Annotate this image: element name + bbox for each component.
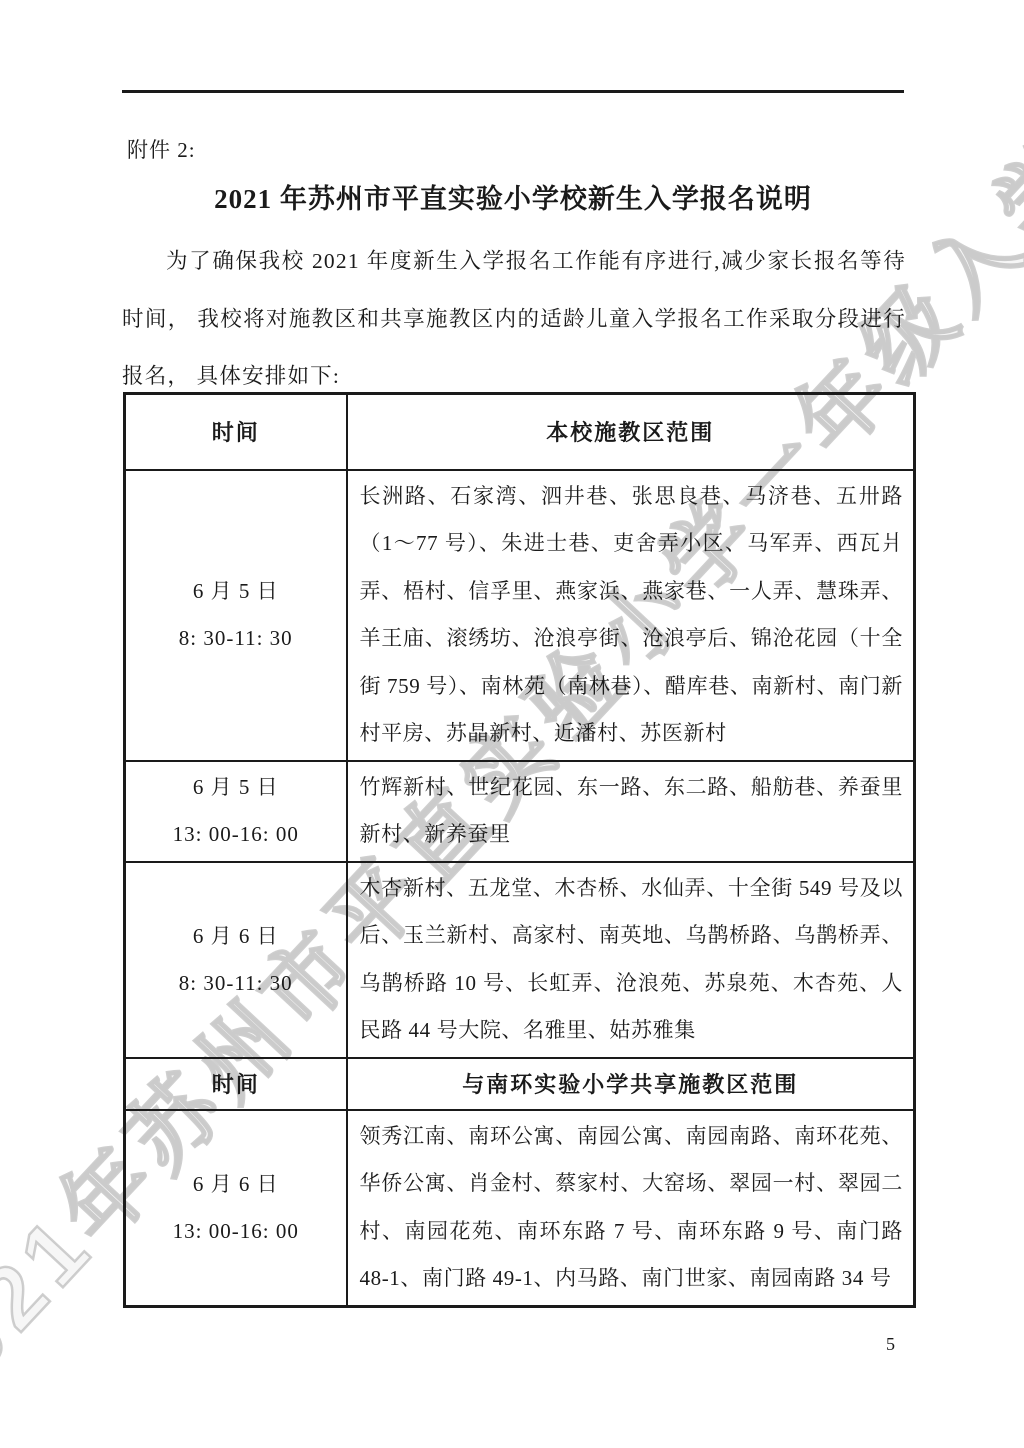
section1-header-row: 时间 本校施教区范围	[125, 394, 915, 470]
table-row: 6 月 5 日 13: 00-16: 00 竹辉新村、世纪花园、东一路、东二路、…	[125, 761, 915, 862]
slot-date: 6 月 5 日	[127, 764, 345, 811]
header-rule	[122, 90, 904, 93]
slot-hours: 8: 30-11: 30	[127, 960, 345, 1007]
page-number: 5	[886, 1334, 895, 1355]
slot-time: 6 月 6 日 13: 00-16: 00	[125, 1110, 347, 1307]
section2-header-row: 时间 与南环实验小学共享施教区范围	[125, 1058, 915, 1110]
slot-hours: 13: 00-16: 00	[127, 1208, 345, 1255]
slot-areas: 长洲路、石家湾、泗井巷、张思良巷、马济巷、五卅路（1～77 号）、朱进士巷、吏舍…	[347, 470, 915, 761]
document-title: 2021 年苏州市平直实验小学校新生入学报名说明	[122, 177, 904, 216]
section2-time-header: 时间	[125, 1058, 347, 1110]
document-page: 2021年苏州市平直实验小学一年级入学公示 附件 2: 2021 年苏州市平直实…	[0, 0, 1024, 1448]
intro-paragraph: 为了确保我校 2021 年度新生入学报名工作能有序进行,减少家长报名等待时间， …	[122, 233, 906, 406]
slot-date: 6 月 5 日	[127, 568, 345, 615]
slot-time: 6 月 5 日 8: 30-11: 30	[125, 470, 347, 761]
table-row: 6 月 5 日 8: 30-11: 30 长洲路、石家湾、泗井巷、张思良巷、马济…	[125, 470, 915, 761]
slot-date: 6 月 6 日	[127, 913, 345, 960]
slot-hours: 13: 00-16: 00	[127, 811, 345, 858]
section2-range-header: 与南环实验小学共享施教区范围	[347, 1058, 915, 1110]
slot-date: 6 月 6 日	[127, 1161, 345, 1208]
slot-areas: 木杏新村、五龙堂、木杏桥、水仙弄、十全街 549 号及以后、玉兰新村、高家村、南…	[347, 862, 915, 1058]
slot-areas: 竹辉新村、世纪花园、东一路、东二路、船舫巷、养蚕里新村、新养蚕里	[347, 761, 915, 862]
section1-range-header: 本校施教区范围	[347, 394, 915, 470]
slot-time: 6 月 5 日 13: 00-16: 00	[125, 761, 347, 862]
slot-areas: 领秀江南、南环公寓、南园公寓、南园南路、南环花苑、华侨公寓、肖金村、蔡家村、大窑…	[347, 1110, 915, 1307]
section1-time-header: 时间	[125, 394, 347, 470]
attachment-label: 附件 2:	[127, 134, 196, 164]
table-row: 6 月 6 日 13: 00-16: 00 领秀江南、南环公寓、南园公寓、南园南…	[125, 1110, 915, 1307]
slot-time: 6 月 6 日 8: 30-11: 30	[125, 862, 347, 1058]
schedule-table: 时间 本校施教区范围 6 月 5 日 8: 30-11: 30 长洲路、石家湾、…	[123, 392, 916, 1308]
slot-hours: 8: 30-11: 30	[127, 615, 345, 662]
table-row: 6 月 6 日 8: 30-11: 30 木杏新村、五龙堂、木杏桥、水仙弄、十全…	[125, 862, 915, 1058]
